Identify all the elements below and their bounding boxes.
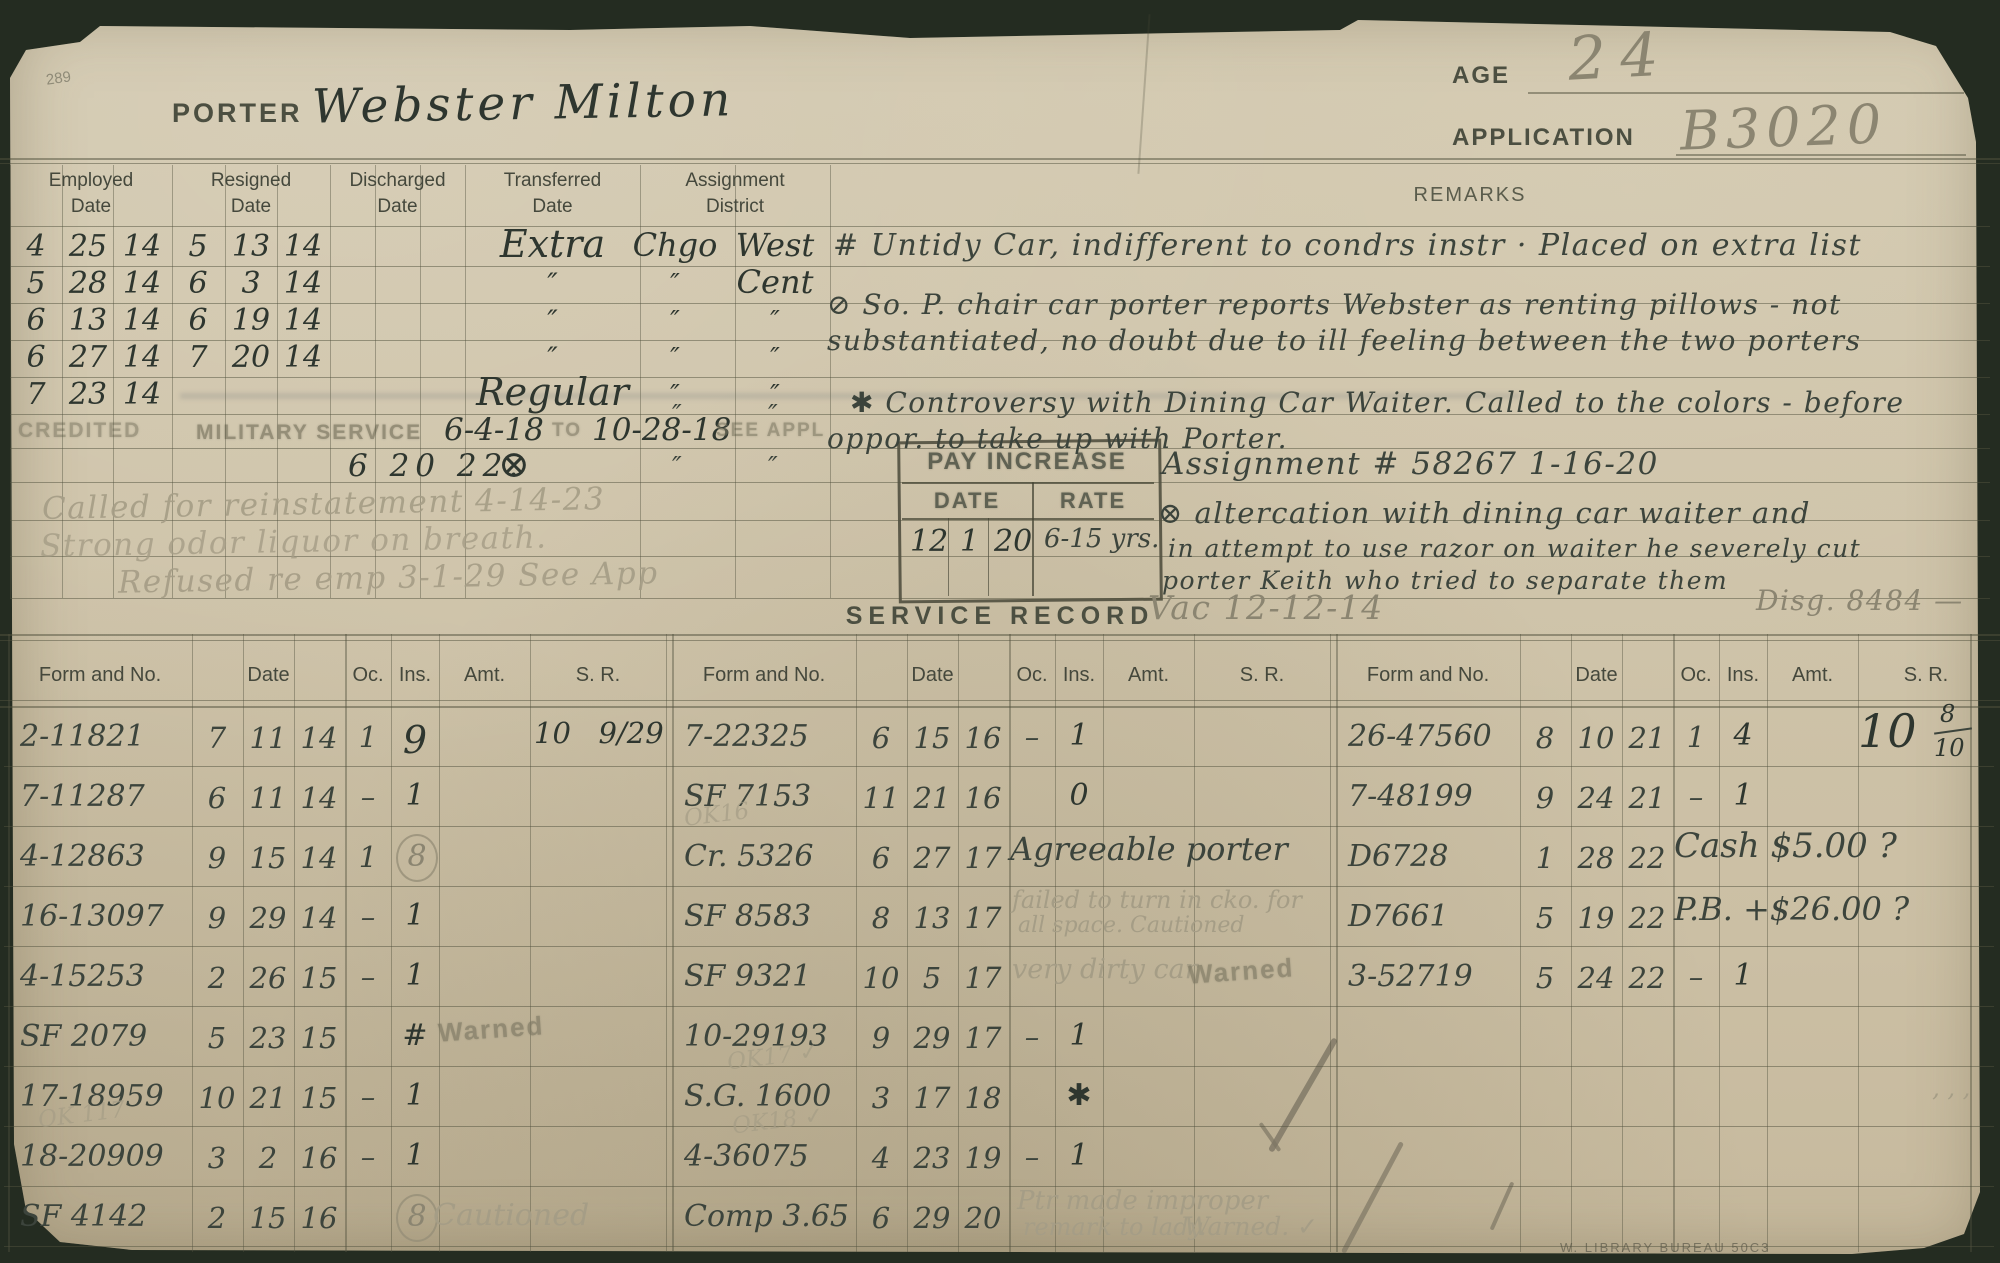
sr-col-header-1-5: S. R.: [1194, 664, 1330, 687]
rule-h-16: [0, 706, 2000, 708]
sr-oc-2-1: –: [1676, 780, 1716, 814]
pay-date-year: 20: [994, 524, 1032, 559]
sr-date-0-1-1: 11: [243, 781, 293, 815]
sr-date-0-2-2: 14: [294, 841, 344, 875]
res-date-3-2: 14: [277, 340, 329, 375]
district-3-0: ″: [627, 343, 723, 373]
sr-date-0-5-0: 5: [192, 1021, 242, 1055]
transferred-0: Extra: [465, 222, 640, 266]
sr-date-2-3-0: 5: [1520, 901, 1570, 935]
sr-date-0-4-2: 15: [294, 961, 344, 995]
emp-col-header-2-1: Discharged: [330, 170, 465, 192]
rule-v-sr-1-0: [672, 634, 674, 1252]
sr-form-0-1: 7-11287: [20, 779, 145, 814]
military-to-word: TO: [552, 420, 582, 442]
sr-note-2-3: P.B. +$26.00 ?: [1674, 890, 1909, 928]
sr-date-1-0-1: 15: [907, 721, 957, 755]
sr-form-2-4: 3-52719: [1348, 959, 1473, 994]
sr-form-1-4: SF 9321: [684, 959, 811, 994]
remark-line-6: ⊗ altercation with dining car waiter and: [1158, 496, 1811, 530]
sr-form-2-0: 26-47560: [1348, 719, 1492, 754]
rule-h-21: [4, 1006, 1994, 1007]
sr-date-0-8-2: 16: [294, 1201, 344, 1235]
military-service-stamp: MILITARY SERVICE: [196, 421, 422, 445]
res-date-2-0: 6: [172, 303, 224, 338]
sr-date-0-8-1: 15: [243, 1201, 293, 1235]
sr-frac-den-2-0: 10: [1934, 734, 1965, 762]
sr-date-0-0-2: 14: [294, 721, 344, 755]
sr-date-1-5-2: 17: [958, 1021, 1008, 1055]
sr-date-0-6-0: 10: [192, 1081, 242, 1115]
sr-ins-0-0: 9: [396, 718, 434, 762]
rule-h-20: [4, 946, 1994, 947]
remark-line-0: # Untidy Car, indifferent to condrs inst…: [833, 228, 1862, 263]
sr-col-header-1-2: Oc.: [1009, 664, 1055, 687]
transferred-2: ″: [465, 304, 640, 337]
sr-form-0-0: 2-11821: [20, 719, 145, 754]
rule-h-9: [10, 482, 1990, 483]
res-date-0-2: 14: [277, 229, 329, 264]
rule-h-13: [0, 634, 2000, 636]
district-4-0: ″: [627, 380, 723, 410]
sr-date-0-7-0: 3: [192, 1141, 242, 1175]
sr-oc-0-1: –: [348, 780, 388, 814]
rule-v-sr-1-6: [1103, 634, 1104, 1252]
res-date-2-1: 19: [225, 303, 277, 338]
sr-form-0-7: 18-20909: [20, 1139, 164, 1174]
remark-line-3: ✱ Controversy with Dining Car Waiter. Ca…: [850, 386, 1904, 419]
sr-date-0-0-1: 11: [243, 721, 293, 755]
rule-v-sr-0-5: [391, 634, 392, 1252]
sr-oc-2-4: –: [1676, 960, 1716, 994]
sr-col-header-2-5: S. R.: [1858, 664, 1994, 687]
emp-col-header-0-1: Employed: [10, 170, 172, 192]
sr-date-2-1-0: 9: [1520, 781, 1570, 815]
sr-date-1-3-2: 17: [958, 901, 1008, 935]
res-date-1-0: 6: [172, 266, 224, 301]
emp-date-0-1: 25: [62, 229, 114, 264]
remark-line-7: in attempt to use razor on waiter he sev…: [1168, 534, 1861, 563]
rule-v-sr-1-4: [1009, 634, 1011, 1252]
remark-line-9: Vac 12-12-14: [1148, 588, 1384, 627]
pay-box-divider: [1032, 482, 1034, 596]
sr-oc-0-2: 1: [348, 840, 388, 874]
sr-date-2-1-2: 21: [1622, 781, 1672, 815]
rule-h-19: [4, 886, 1994, 887]
sr-date-0-5-1: 23: [243, 1021, 293, 1055]
sr-form-1-8: Comp 3.65: [684, 1199, 849, 1234]
age-value: 24: [1566, 19, 1674, 94]
sr-date-1-7-1: 23: [907, 1141, 957, 1175]
sr-ins-0-5: #: [396, 1018, 434, 1053]
sr-date-0-0-0: 7: [192, 721, 242, 755]
sr-date-1-4-2: 17: [958, 961, 1008, 995]
sr-date-0-4-1: 26: [243, 961, 293, 995]
sr-date-1-2-1: 27: [907, 841, 957, 875]
sr-date-2-0-2: 21: [1622, 721, 1672, 755]
pay-rate-value: 6-15 yrs.: [1044, 524, 1159, 554]
sr-note-0-8: Cautioned: [433, 1198, 589, 1233]
pay-date-sub-divider-2: [988, 518, 989, 596]
rule-v-sr-2-6: [1767, 634, 1768, 1252]
sr-frac-num-2-0: 8: [1940, 700, 1955, 728]
sr-note-2-2: Cash $5.00 ?: [1674, 826, 1897, 866]
sr-ins-1-1: 0: [1060, 778, 1098, 813]
sr-date-1-3-1: 13: [907, 901, 957, 935]
sr-date-0-1-0: 6: [192, 781, 242, 815]
sr-col-header-0-3: Ins.: [391, 664, 439, 687]
sr-date-1-6-1: 17: [907, 1081, 957, 1115]
remark-line-5: Assignment # 58267 1-16-20: [1162, 446, 1659, 482]
sr-form-1-2: Cr. 5326: [684, 839, 813, 874]
district-4-1: ″: [727, 380, 823, 410]
sr-date-1-6-2: 18: [958, 1081, 1008, 1115]
sr-ditto-2-6: ‚ ‚ ‚: [1932, 1074, 1970, 1102]
rule-h-23: [4, 1126, 1994, 1127]
district-2-0: ″: [627, 306, 723, 336]
rule-v-sr-0-6: [439, 634, 440, 1252]
transferred-4: Regular: [465, 370, 640, 414]
rule-h-15: [0, 700, 2000, 701]
sr-date-0-3-1: 29: [243, 901, 293, 935]
sr-col-header-0-0: Form and No.: [8, 664, 192, 687]
rule-v-sr-sep-2: [1330, 634, 1331, 1252]
sr-date-2-2-0: 1: [1520, 841, 1570, 875]
sr-date-0-2-0: 9: [192, 841, 242, 875]
district-2-1: ″: [727, 306, 823, 336]
sr-date-1-1-0: 11: [856, 781, 906, 815]
sr-ins-0-8: 8: [396, 1194, 438, 1242]
rule-h-6: [10, 377, 1990, 378]
sr-sr-note-1-8: Warned. ✓: [1184, 1212, 1318, 1241]
emp-date-3-1: 27: [62, 340, 114, 375]
sr-date-1-8-0: 6: [856, 1201, 906, 1235]
rule-v-sr-2-5: [1719, 634, 1720, 1252]
sr-oc-0-4: –: [348, 960, 388, 994]
remarks-label: REMARKS: [1320, 184, 1620, 207]
sr-date-0-8-0: 2: [192, 1201, 242, 1235]
rule-h-2: [10, 226, 1990, 227]
sr-col-header-1-0: Form and No.: [672, 664, 856, 687]
res-date-1-2: 14: [277, 266, 329, 301]
district-0-1: West: [727, 226, 823, 264]
sr-form-0-8: SF 4142: [20, 1199, 147, 1234]
rule-h-0: [0, 158, 2000, 160]
sr-date-2-2-2: 22: [1622, 841, 1672, 875]
sr-oc-0-7: –: [348, 1140, 388, 1174]
sr-ins-0-3: 1: [396, 898, 434, 933]
sr-date-1-7-0: 4: [856, 1141, 906, 1175]
application-value: B3020: [1679, 92, 1888, 162]
emp-date-1-2: 14: [116, 266, 168, 301]
sr-date-1-8-1: 29: [907, 1201, 957, 1235]
rule-v-sr-0-4: [345, 634, 347, 1252]
district-0-0: Chgo: [627, 226, 723, 264]
sr-ins-1-7: 1: [1060, 1138, 1098, 1173]
rule-v-sr-1-5: [1055, 634, 1056, 1252]
military-second-ditto-2: ″: [768, 452, 778, 482]
sr-col-header-2-0: Form and No.: [1336, 664, 1520, 687]
emp-col-header-3-2: Date: [465, 196, 640, 218]
sr-oc-2-0: 1: [1676, 720, 1716, 754]
rule-v-sr-0-0: [8, 634, 10, 1252]
credited-stamp: CREDITED: [18, 419, 141, 443]
sr-col-header-0-2: Oc.: [345, 664, 391, 687]
application-underline: [1676, 154, 1966, 156]
emp-col-header-4-1: Assignment: [640, 170, 830, 192]
res-date-3-1: 20: [225, 340, 277, 375]
sr-date-0-4-0: 2: [192, 961, 242, 995]
district-3-1: ″: [727, 343, 823, 373]
rule-h-1: [0, 163, 2000, 164]
transferred-1: ″: [465, 267, 640, 300]
sr-note2-1-8: remark to lady.: [1023, 1213, 1206, 1241]
sr-ins-0-7: 1: [396, 1138, 434, 1173]
sr-ins-0-2: 8: [396, 834, 438, 882]
sr-form-1-3: SF 8583: [684, 899, 811, 934]
rule-h-25: [4, 1246, 1994, 1247]
sr-form-0-5: SF 2079: [20, 1019, 147, 1054]
sr-note-1-2: Agreeable porter: [1010, 830, 1288, 868]
military-second-ditto-1: ″: [672, 452, 682, 482]
sr-oc-1-7: –: [1012, 1140, 1052, 1174]
sr-date-2-3-1: 19: [1571, 901, 1621, 935]
sr-date-0-5-2: 15: [294, 1021, 344, 1055]
sr-date-1-4-1: 5: [907, 961, 957, 995]
rule-v-sr-2-4: [1673, 634, 1675, 1252]
emp-date-4-2: 14: [116, 377, 168, 412]
sr-date-1-0-0: 6: [856, 721, 906, 755]
emp-col-header-0-2: Date: [10, 196, 172, 218]
sr-date-0-3-2: 14: [294, 901, 344, 935]
sr-date-2-0-0: 8: [1520, 721, 1570, 755]
sr-date-1-2-0: 6: [856, 841, 906, 875]
sr-date-1-7-2: 19: [958, 1141, 1008, 1175]
sr-date-1-2-2: 17: [958, 841, 1008, 875]
remark-line-1: ⊘ So. P. chair car porter reports Webste…: [827, 288, 1842, 321]
emp-col-header-1-1: Resigned: [172, 170, 330, 192]
service-record-title: SERVICE RECORD: [830, 602, 1170, 631]
sr-col-header-1-3: Ins.: [1055, 664, 1103, 687]
rule-h-22: [4, 1066, 1994, 1067]
rule-h-24: [4, 1186, 1994, 1187]
emp-date-1-1: 28: [62, 266, 114, 301]
res-date-0-0: 5: [172, 229, 224, 264]
sr-date-1-5-1: 29: [907, 1021, 957, 1055]
sr-form-0-3: 16-13097: [20, 899, 164, 934]
sr-date-2-2-1: 28: [1571, 841, 1621, 875]
emp-date-2-0: 6: [10, 303, 62, 338]
sr-date-2-1-1: 24: [1571, 781, 1621, 815]
sr-date-2-4-2: 22: [1622, 961, 1672, 995]
sr-date-0-2-1: 15: [243, 841, 293, 875]
sr-form-2-1: 7-48199: [1348, 779, 1473, 814]
pay-date-month: 12: [910, 524, 948, 559]
sr-note-1-4: very dirty car: [1012, 954, 1198, 985]
sr-oc-0-0: 1: [348, 720, 388, 754]
sr-date-1-6-0: 3: [856, 1081, 906, 1115]
rule-h-14: [0, 640, 2000, 641]
emp-date-3-2: 14: [116, 340, 168, 375]
district-1-0: ″: [627, 269, 723, 299]
sr-sr-0-0: 10 9/29: [534, 716, 664, 750]
sr-col-header-0-5: S. R.: [530, 664, 666, 687]
sr-col-header-0-1: Date: [192, 664, 345, 687]
sr-date-1-1-2: 16: [958, 781, 1008, 815]
sr-oc-0-6: –: [348, 1080, 388, 1114]
pay-date-label: DATE: [902, 488, 1032, 514]
sr-ins-2-0: 4: [1724, 718, 1762, 753]
remark-line-10: Disg. 8484 —: [1756, 584, 1964, 617]
sr-ins-2-1: 1: [1724, 778, 1762, 813]
footer-print: W. LIBRARY BUREAU 50C3: [1560, 1240, 1770, 1255]
rule-v-sr-2-0: [1336, 634, 1338, 1252]
rule-v-sr-1-7: [1194, 634, 1195, 1252]
remark-line-2: substantiated, no doubt due to ill feeli…: [827, 324, 1862, 357]
sr-oc-1-5: –: [1012, 1020, 1052, 1054]
sr-form-0-2: 4-12863: [20, 839, 145, 874]
age-underline: [1528, 92, 1964, 94]
sr-date-1-8-2: 20: [958, 1201, 1008, 1235]
sr-ins-0-4: 1: [396, 958, 434, 993]
sr-note-1-3: failed to turn in cko. for: [1012, 886, 1302, 914]
sr-oc-0-3: –: [348, 900, 388, 934]
sr-ins-2-4: 1: [1724, 958, 1762, 993]
sr-col-header-2-2: Oc.: [1673, 664, 1719, 687]
sr-ins-1-0: 1: [1060, 718, 1098, 753]
sr-col-header-2-1: Date: [1520, 664, 1673, 687]
res-date-0-1: 13: [225, 229, 277, 264]
corner-number: 289: [45, 68, 72, 88]
sr-date-1-1-1: 21: [907, 781, 957, 815]
sr-ins-1-6: ✱: [1060, 1078, 1098, 1113]
res-date-3-0: 7: [172, 340, 224, 375]
emp-date-2-2: 14: [116, 303, 168, 338]
emp-date-0-2: 14: [116, 229, 168, 264]
emp-date-0-0: 4: [10, 229, 62, 264]
sr-date-0-6-1: 21: [243, 1081, 293, 1115]
sr-ins-0-6: 1: [396, 1078, 434, 1113]
sr-form-2-3: D7661: [1348, 899, 1448, 934]
emp-date-2-1: 13: [62, 303, 114, 338]
sr-date-0-6-2: 15: [294, 1081, 344, 1115]
sr-note2-1-3: all space. Cautioned: [1018, 913, 1245, 938]
sr-date-2-4-0: 5: [1520, 961, 1570, 995]
res-date-2-2: 14: [277, 303, 329, 338]
rule-h-17: [4, 766, 1994, 767]
rule-h-12: [10, 598, 1990, 599]
rule-v-sr-0-7: [530, 634, 531, 1252]
sr-date-1-3-0: 8: [856, 901, 906, 935]
sr-frac-whole-2-0: 10: [1858, 704, 1917, 758]
sr-col-header-2-4: Amt.: [1767, 664, 1858, 687]
military-to-date: 10-28-18: [592, 412, 731, 448]
sr-ins-1-5: 1: [1060, 1018, 1098, 1053]
sr-col-header-1-1: Date: [856, 664, 1009, 687]
sr-ins-0-1: 1: [396, 778, 434, 813]
pay-rate-label: RATE: [1032, 488, 1154, 514]
emp-col-header-2-2: Date: [330, 196, 465, 218]
emp-date-3-0: 6: [10, 340, 62, 375]
sr-oc-1-0: –: [1012, 720, 1052, 754]
emp-date-4-1: 23: [62, 377, 114, 412]
sr-date-0-7-1: 2: [243, 1141, 293, 1175]
sr-col-header-0-4: Amt.: [439, 664, 530, 687]
sr-date-2-3-2: 22: [1622, 901, 1672, 935]
rule-v-upper-12: [830, 165, 831, 598]
emp-date-4-0: 7: [10, 377, 62, 412]
sr-date-0-7-2: 16: [294, 1141, 344, 1175]
sr-form-0-4: 4-15253: [20, 959, 145, 994]
porter-name: Webster Milton: [312, 72, 735, 134]
district-1-1: Cent: [727, 263, 823, 301]
pay-date-day: 1: [960, 524, 979, 559]
porter-label: PORTER: [172, 98, 303, 129]
age-label: AGE: [1452, 62, 1510, 90]
emp-date-1-0: 5: [10, 266, 62, 301]
sr-date-1-4-0: 10: [856, 961, 906, 995]
application-label: APPLICATION: [1452, 124, 1635, 152]
porter-record-card: 289 AGE 24 PORTER Webster Milton APPLICA…: [0, 0, 2000, 1263]
rule-v-sr-sep-1: [666, 634, 667, 1252]
emp-col-header-4-2: District: [640, 196, 830, 218]
sr-form-1-7: 4-36075: [684, 1139, 809, 1174]
sr-form-2-2: D6728: [1348, 839, 1448, 874]
res-date-1-1: 3: [225, 266, 277, 301]
sr-date-2-4-1: 24: [1571, 961, 1621, 995]
sr-form-1-0: 7-22325: [684, 719, 809, 754]
emp-col-header-1-2: Date: [172, 196, 330, 218]
sr-date-1-5-0: 9: [856, 1021, 906, 1055]
sr-date-2-0-1: 10: [1571, 721, 1621, 755]
sr-col-header-1-4: Amt.: [1103, 664, 1194, 687]
sr-col-header-2-3: Ins.: [1719, 664, 1767, 687]
emp-col-header-3-1: Transferred: [465, 170, 640, 192]
sr-date-1-0-2: 16: [958, 721, 1008, 755]
sr-date-0-1-2: 14: [294, 781, 344, 815]
sr-date-0-3-0: 9: [192, 901, 242, 935]
